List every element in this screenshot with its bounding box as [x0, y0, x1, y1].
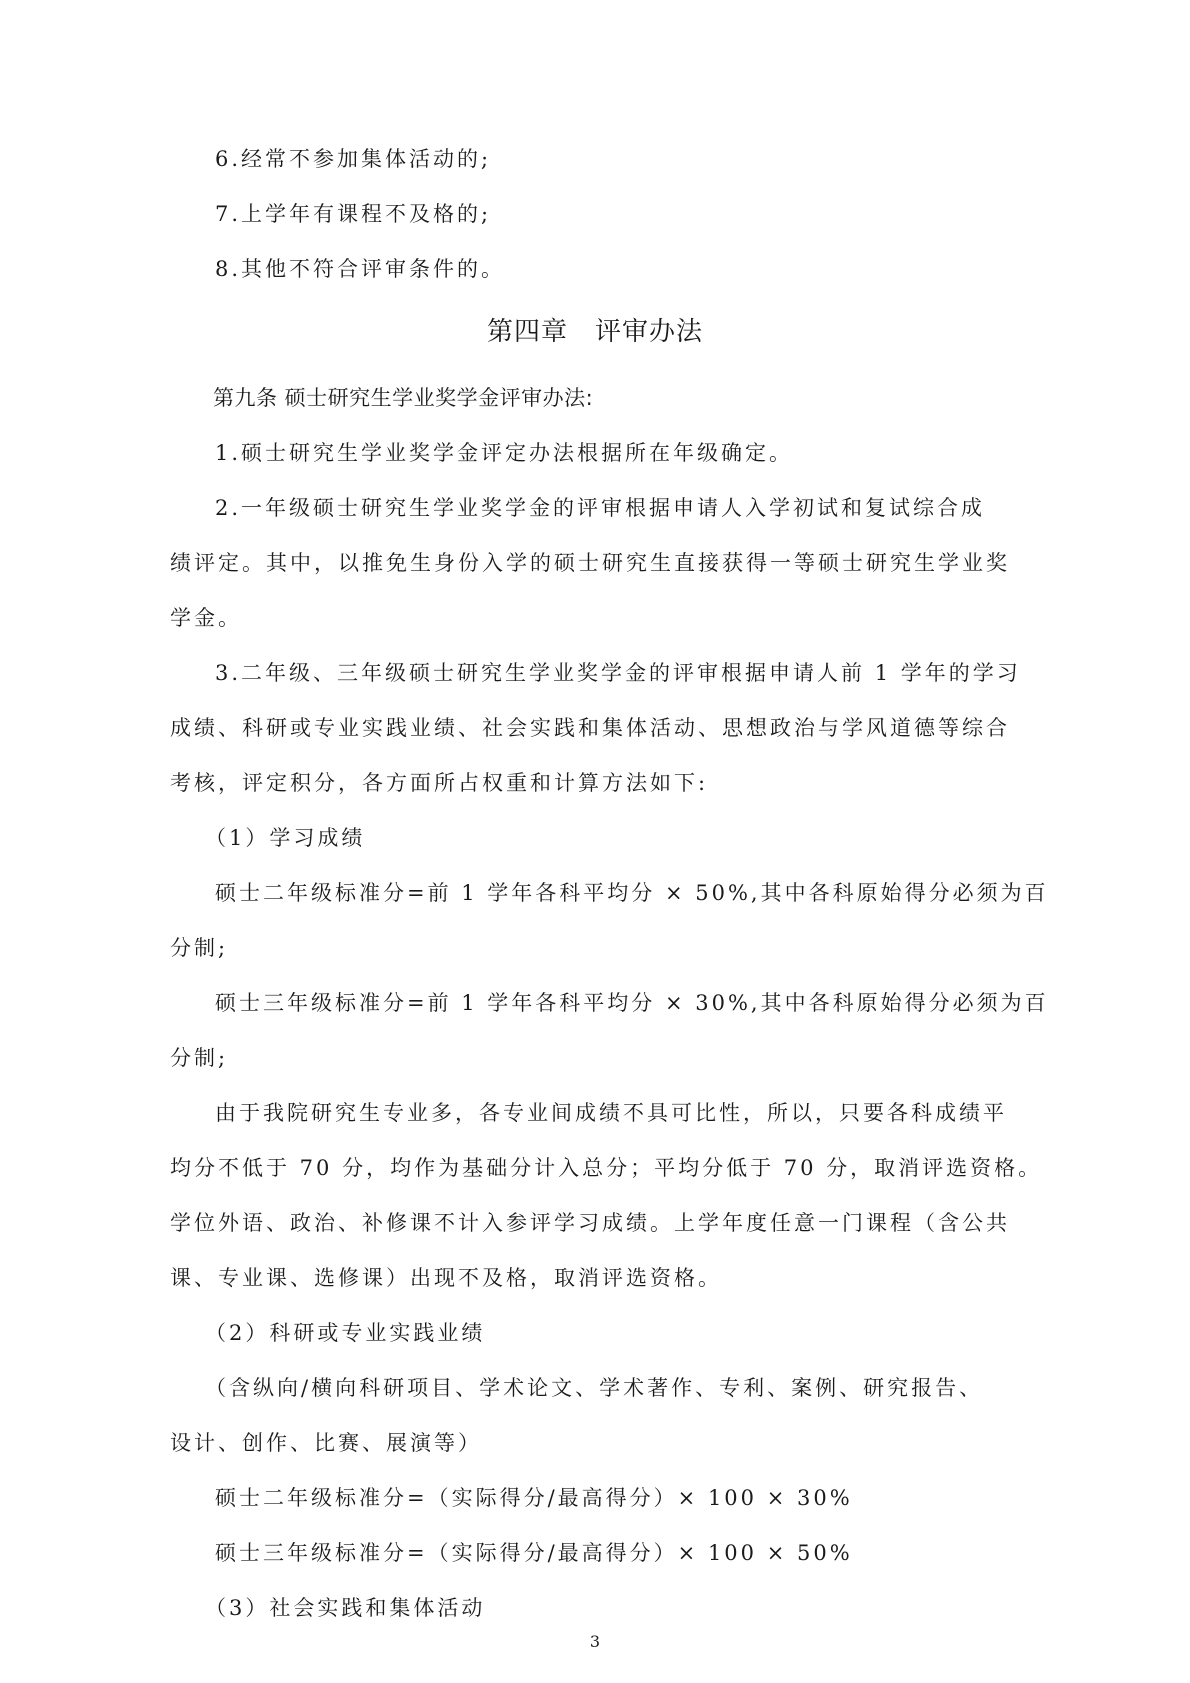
paragraph-line: 1.硕士研究生学业奖学金评定办法根据所在年级确定。	[215, 437, 793, 467]
paragraph-line: 2.一年级硕士研究生学业奖学金的评审根据申请人入学初试和复试综合成	[215, 492, 985, 522]
paragraph-line: 考核，评定积分，各方面所占权重和计算方法如下:	[170, 767, 708, 797]
list-item: 8.其他不符合评审条件的。	[215, 253, 505, 283]
paragraph-line: 均分不低于 70 分，均作为基础分计入总分；平均分低于 70 分，取消评选资格。	[170, 1152, 1042, 1182]
paragraph-line: 学位外语、政治、补修课不计入参评学习成绩。上学年度任意一门课程（含公共	[170, 1207, 1010, 1237]
chapter-title: 第四章 评审办法	[0, 311, 1190, 348]
formula-line: 硕士三年级标准分=前 1 学年各科平均分 × 30%,其中各科原始得分必须为百	[215, 987, 1049, 1017]
formula-line: 硕士三年级标准分=（实际得分/最高得分）× 100 × 50%	[215, 1537, 853, 1567]
paragraph-line: 由于我院研究生专业多，各专业间成绩不具可比性，所以，只要各科成绩平	[215, 1097, 1007, 1127]
formula-line: 硕士二年级标准分=前 1 学年各科平均分 × 50%,其中各科原始得分必须为百	[215, 877, 1049, 907]
paragraph-line: 成绩、科研或专业实践业绩、社会实践和集体活动、思想政治与学风道德等综合	[170, 712, 1010, 742]
formula-line: 分制;	[170, 1042, 228, 1072]
list-item: 6.经常不参加集体活动的;	[215, 143, 491, 173]
paragraph-line: （含纵向/横向科研项目、学术论文、学术著作、专利、案例、研究报告、	[205, 1372, 983, 1402]
paragraph-line: 学金。	[170, 602, 242, 632]
formula-line: 硕士二年级标准分=（实际得分/最高得分）× 100 × 30%	[215, 1482, 853, 1512]
paragraph-line: 课、专业课、选修课）出现不及格，取消评选资格。	[170, 1262, 722, 1292]
paragraph-line: 设计、创作、比赛、展演等）	[170, 1427, 482, 1457]
section-heading: （3）社会实践和集体活动	[205, 1592, 485, 1622]
paragraph-line: 3.二年级、三年级硕士研究生学业奖学金的评审根据申请人前 1 学年的学习	[215, 657, 1021, 687]
section-heading: （1）学习成绩	[205, 822, 365, 852]
page-number: 3	[0, 1632, 1190, 1651]
list-item: 7.上学年有课程不及格的;	[215, 198, 491, 228]
formula-line: 分制;	[170, 932, 228, 962]
section-heading: （2）科研或专业实践业绩	[205, 1317, 485, 1347]
article-title: 第九条 硕士研究生学业奖学金评审办法:	[213, 382, 593, 412]
paragraph-line: 绩评定。其中，以推免生身份入学的硕士研究生直接获得一等硕士研究生学业奖	[170, 547, 1010, 577]
